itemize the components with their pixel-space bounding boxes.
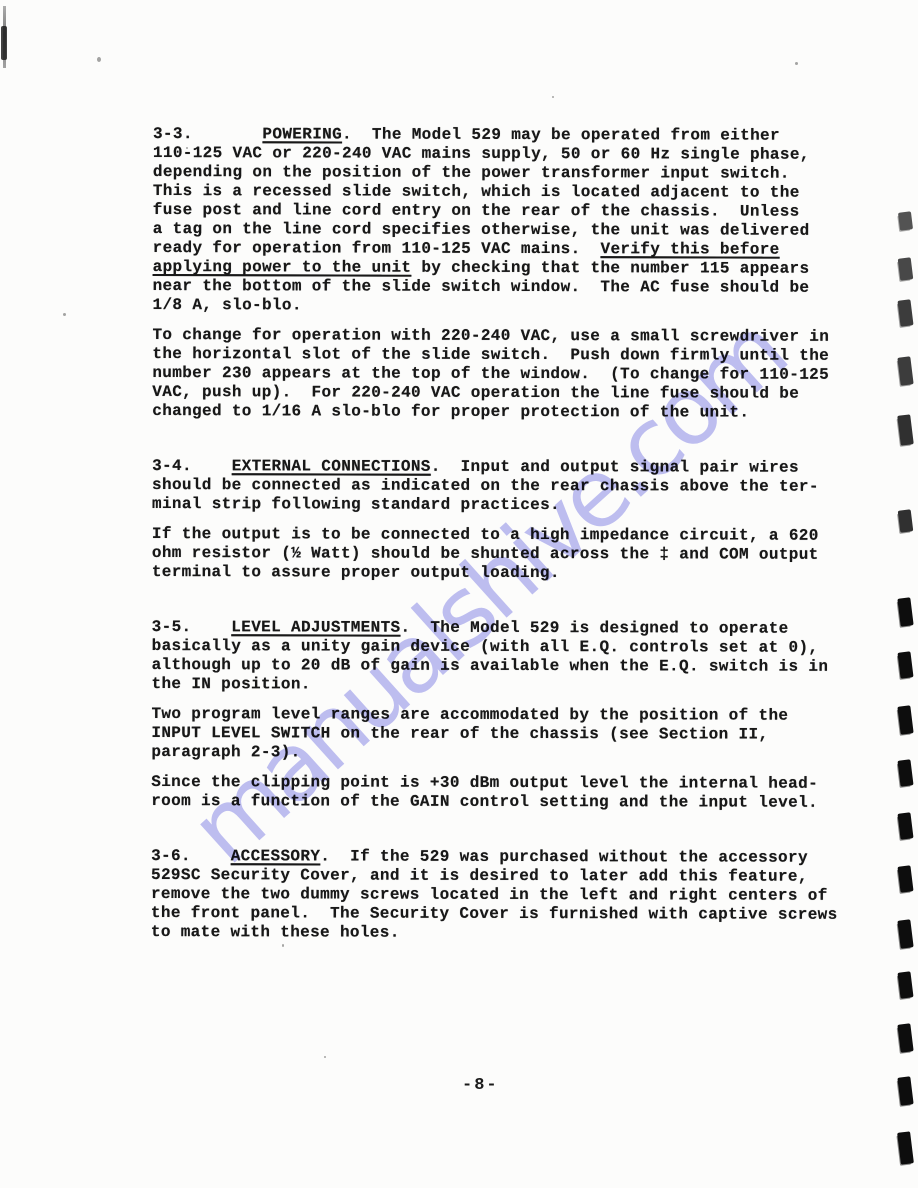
binding-mark xyxy=(897,971,913,998)
page-number: -8- xyxy=(462,1076,499,1095)
section-block: 3-3. POWERING. The Model 529 may be oper… xyxy=(153,125,873,317)
binding-mark xyxy=(897,597,913,626)
text-line: If the output is to be connected to a hi… xyxy=(152,525,872,546)
paragraph-block: To change for operation with 220-240 VAC… xyxy=(152,326,872,423)
text-line: near the bottom of the slide switch wind… xyxy=(153,277,873,298)
text-line: although up to 20 dB of gain is availabl… xyxy=(152,656,872,677)
scanned-page: 3-3. POWERING. The Model 529 may be oper… xyxy=(0,0,918,1188)
text-line: basically as a unity gain device (with a… xyxy=(152,637,872,658)
binding-mark xyxy=(898,257,914,280)
scan-speck xyxy=(97,57,101,62)
text-line: fuse post and line cord entry on the rea… xyxy=(153,201,873,222)
text-line: room is a function of the GAIN control s… xyxy=(151,792,871,813)
scan-speck xyxy=(63,313,66,316)
binding-mark xyxy=(897,865,913,892)
text-line: 3-4. EXTERNAL CONNECTIONS. Input and out… xyxy=(152,457,872,478)
text-line: remove the two dummy screws located in t… xyxy=(151,885,871,906)
text-line: ohm resistor (½ Watt) should be shunted … xyxy=(152,544,872,565)
scan-speck xyxy=(186,147,188,149)
binding-mark xyxy=(897,414,914,445)
binding-mark xyxy=(897,812,913,839)
text-line: should be connected as indicated on the … xyxy=(152,476,872,497)
text-line: paragraph 2-3). xyxy=(151,743,871,764)
document-text: 3-3. POWERING. The Model 529 may be oper… xyxy=(151,125,873,944)
text-line: a tag on the line cord specifies otherwi… xyxy=(153,220,873,241)
text-line: 110-125 VAC or 220-240 VAC mains supply,… xyxy=(153,144,873,165)
paragraph-block: If the output is to be connected to a hi… xyxy=(152,525,872,584)
binding-mark xyxy=(897,356,913,385)
binding-mark xyxy=(898,509,914,532)
text-line: the IN position. xyxy=(152,675,872,696)
binding-mark xyxy=(897,651,913,678)
text-line: Two program level ranges are accommodate… xyxy=(151,705,871,726)
section-block: 3-5. LEVEL ADJUSTMENTS. The Model 529 is… xyxy=(152,618,872,696)
section-block: 3-6. ACCESSORY. If the 529 was purchased… xyxy=(151,847,871,944)
text-line: terminal to assure proper output loading… xyxy=(152,563,872,584)
scan-artifact-blob xyxy=(1,26,7,60)
paragraph-block: Two program level ranges are accommodate… xyxy=(151,705,871,764)
scan-speck xyxy=(324,1056,326,1058)
text-line: 3-6. ACCESSORY. If the 529 was purchased… xyxy=(151,847,871,868)
scan-speck xyxy=(282,944,284,947)
text-line: the front panel. The Security Cover is f… xyxy=(151,904,871,925)
binding-mark xyxy=(898,211,913,230)
text-line: VAC, push up). For 220-240 VAC operation… xyxy=(152,383,872,404)
text-line: 3-5. LEVEL ADJUSTMENTS. The Model 529 is… xyxy=(152,618,872,639)
text-line: INPUT LEVEL SWITCH on the rear of the ch… xyxy=(151,724,871,745)
text-line: ready for operation from 110-125 VAC mai… xyxy=(153,239,873,260)
section-block: 3-4. EXTERNAL CONNECTIONS. Input and out… xyxy=(152,457,872,516)
binding-mark xyxy=(897,1131,914,1164)
text-line: changed to 1/16 A slo-blo for proper pro… xyxy=(152,402,872,423)
text-line: to mate with these holes. xyxy=(151,923,871,944)
scan-speck xyxy=(795,62,798,65)
text-line: depending on the position of the power t… xyxy=(153,163,873,184)
binding-mark xyxy=(897,705,913,734)
text-line: applying power to the unit by checking t… xyxy=(153,258,873,279)
text-line: the horizontal slot of the slide switch.… xyxy=(152,345,872,366)
binding-mark xyxy=(897,919,913,948)
binding-mark xyxy=(897,1076,913,1105)
text-line: minal strip following standard practices… xyxy=(152,495,872,516)
binding-mark xyxy=(897,299,913,326)
text-line: To change for operation with 220-240 VAC… xyxy=(152,326,872,347)
binding-mark xyxy=(897,1023,913,1052)
binding-mark xyxy=(897,759,913,786)
text-line: This is a recessed slide switch, which i… xyxy=(153,182,873,203)
text-line: 529SC Security Cover, and it is desired … xyxy=(151,866,871,887)
paragraph-block: Since the clipping point is +30 dBm outp… xyxy=(151,773,871,813)
text-line: Since the clipping point is +30 dBm outp… xyxy=(151,773,871,794)
text-line: 1/8 A, slo-blo. xyxy=(153,296,873,317)
scan-speck xyxy=(552,96,554,98)
text-line: number 230 appears at the top of the win… xyxy=(152,364,872,385)
text-line: 3-3. POWERING. The Model 529 may be oper… xyxy=(153,125,873,146)
